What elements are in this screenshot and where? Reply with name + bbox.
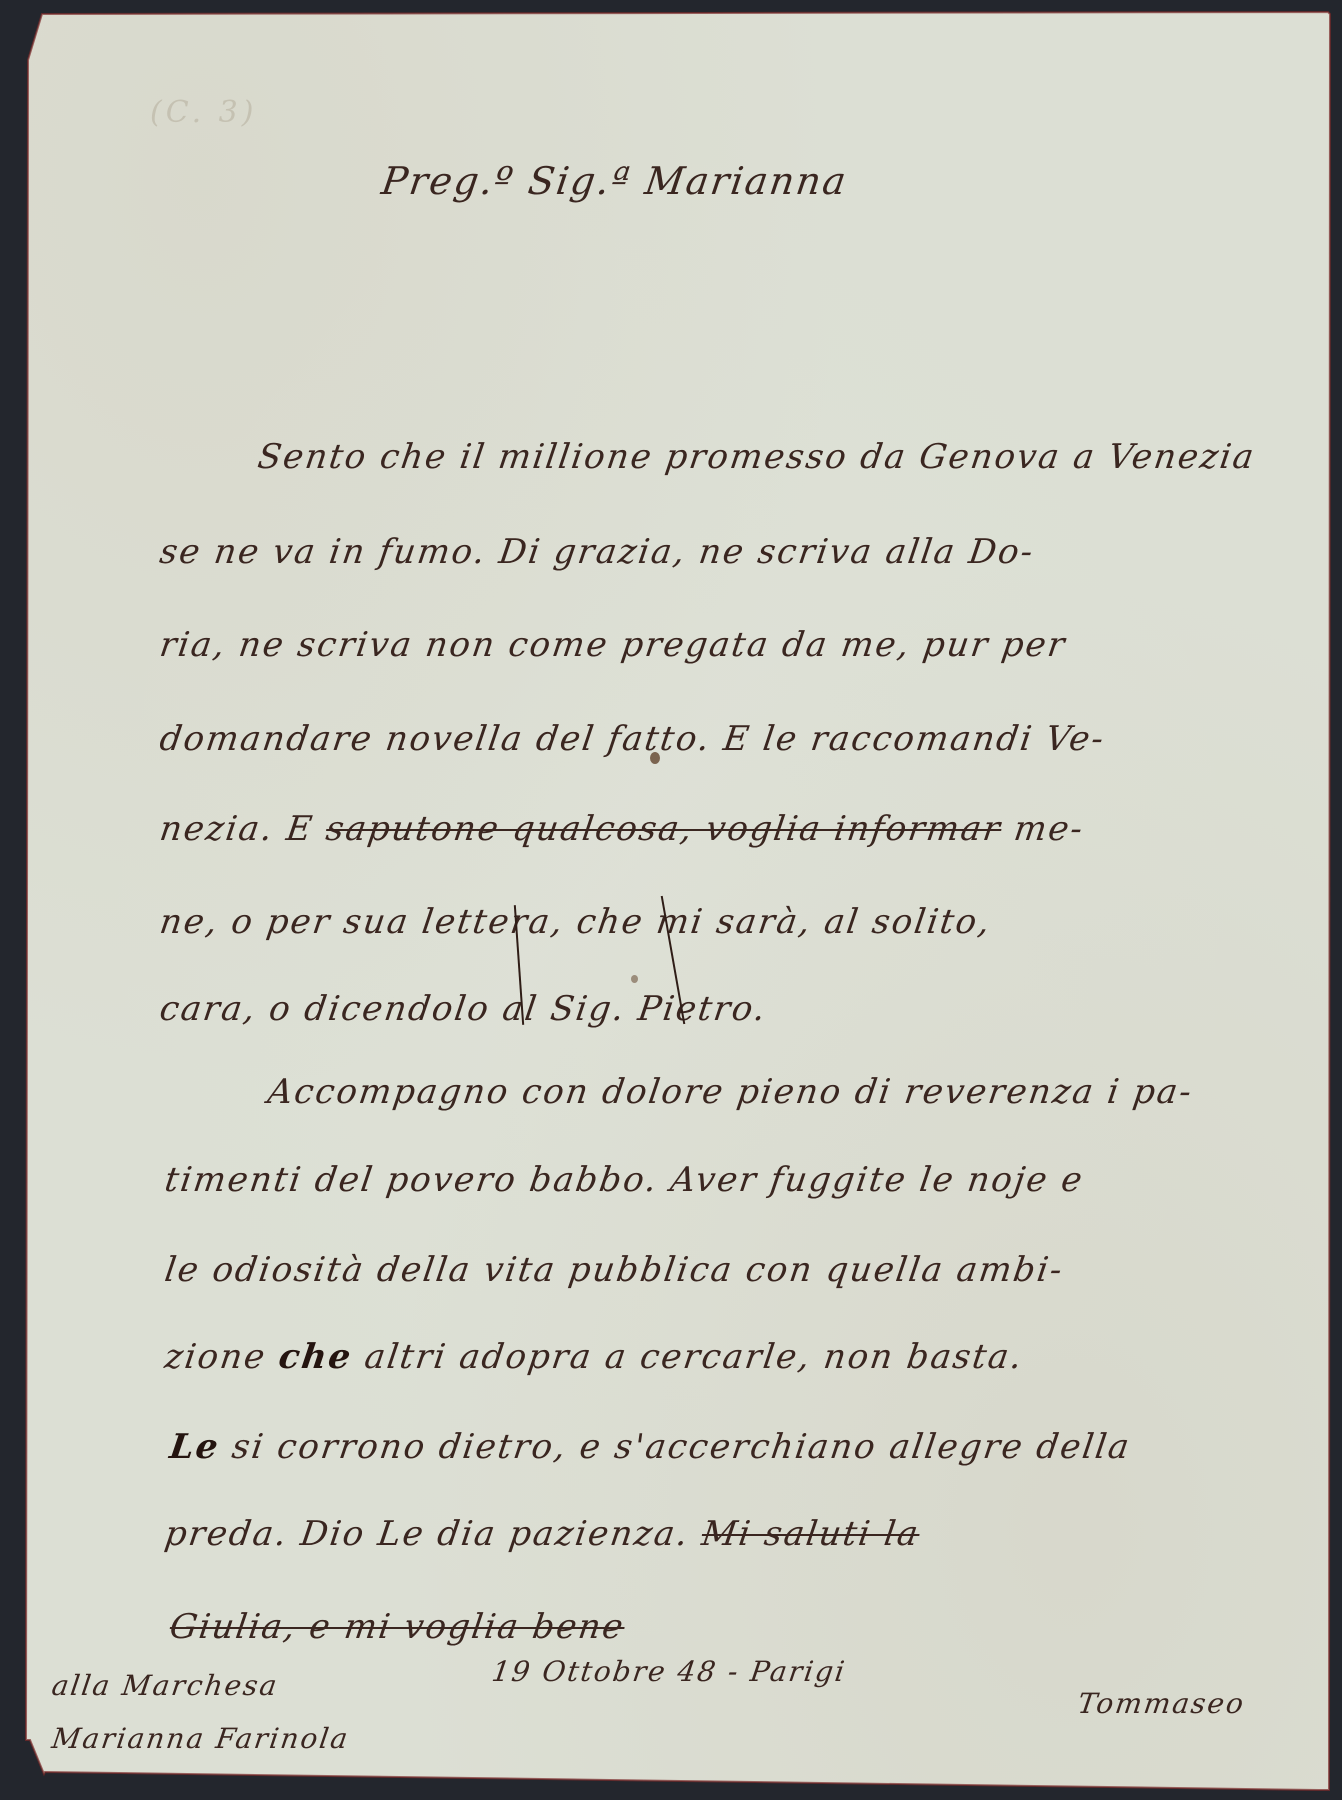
body-line-13: preda. Dio Le dia pazienza. Mi saluti la: [163, 1517, 922, 1551]
struck-text: Giulia, e mi voglia bene: [167, 1607, 627, 1647]
body-line-11-part-3: altri adopra a cercarle, non basta.: [349, 1337, 1026, 1377]
body-line-8: Accompagno con dolore pieno di reverenza…: [266, 1075, 1196, 1109]
ink-stain: [631, 975, 638, 983]
body-line-5-part-1: nezia. E: [157, 809, 329, 849]
body-line-4: domandare novella del fatto. E le raccom…: [158, 722, 1108, 756]
signature: Tommaseo: [1076, 1690, 1247, 1718]
corrected-word: che: [276, 1337, 355, 1377]
corrected-word: Le: [167, 1427, 222, 1467]
body-line-7: cara, o dicendolo al Sig. Pietro.: [158, 992, 770, 1026]
struck-text: Mi saluti la: [699, 1514, 922, 1554]
body-line-11-part-1: zione: [162, 1337, 282, 1377]
ink-stain: [650, 752, 660, 764]
faint-archive-mark: (C. 3): [150, 95, 257, 130]
body-line-3: ria, ne scriva non come pregata da me, p…: [158, 628, 1069, 662]
struck-text: saputone qualcosa, voglia informar: [324, 809, 1005, 849]
body-line-5: nezia. E saputone qualcosa, voglia infor…: [158, 812, 1087, 846]
body-line-5-part-3: me-: [999, 809, 1087, 849]
body-line-6: ne, o per sua lettera, che mi sarà, al s…: [158, 905, 994, 939]
body-line-10: le odiosità della vita pubblica con quel…: [163, 1253, 1066, 1287]
body-line-13-part-1: preda. Dio Le dia pazienza.: [162, 1514, 705, 1554]
salutation: Preg.º Sig.ª Marianna: [379, 162, 850, 200]
body-line-14: Giulia, e mi voglia bene: [168, 1610, 627, 1644]
addressee-line-1: alla Marchesa: [50, 1672, 280, 1700]
body-line-1: Sento che il millione promesso da Genova…: [256, 440, 1258, 474]
body-line-12-part-2: si corrono dietro, e s'accerchiano alleg…: [217, 1427, 1134, 1467]
body-line-2: se ne va in fumo. Di grazia, ne scriva a…: [158, 535, 1037, 569]
body-line-11: zione che altri adopra a cercarle, non b…: [163, 1340, 1026, 1374]
date-place: 19 Ottobre 48 - Parigi: [490, 1658, 848, 1686]
body-line-12: Le si corrono dietro, e s'accerchiano al…: [168, 1430, 1133, 1464]
addressee-line-2: Marianna Farinola: [50, 1725, 351, 1753]
body-line-9: timenti del povero babbo. Aver fuggite l…: [163, 1163, 1086, 1197]
